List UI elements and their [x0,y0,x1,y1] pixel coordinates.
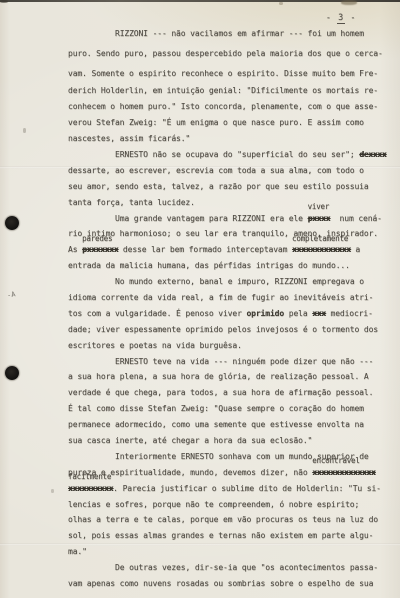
text-line: verou Stefan Zweig: "É um enigma o que n… [68,115,390,131]
text-line: tanta força, tanta lucidez. [68,195,390,211]
text-line: conhecem o homem puro." Isto concorda, p… [68,99,390,115]
text-segment: Uma grande vantagem para RIZZONI era ele [115,214,308,223]
typewriter-correction: pxxxxxxxparedes [82,242,118,258]
text-line: pureza e espiritualidade, mundo, devemos… [68,465,390,481]
text-segment: ma." [68,547,87,556]
text-line: derich Holderlin, em intuição genial: "D… [68,83,390,99]
text-line: As pxxxxxxxparedes desse lar bem formado… [68,242,390,258]
overstruck-text: xxxxxxxxxx [68,484,113,493]
text-segment: tanta força, tanta lucidez. [68,198,195,207]
overstruck-text: pxxxxxxx [82,245,118,254]
text-segment: verdade é que chega, para todos, a sua h… [68,388,373,397]
scan-speck [279,2,283,5]
text-line: dessarte, ao escrever, escrevia com toda… [68,163,390,179]
text-segment: mediocri- [326,309,373,318]
text-line: sol, pois essas almas grandes e ternas n… [68,528,390,544]
overstruck-text: xxx [312,309,326,318]
page-number: - 3 - [326,13,356,23]
text-line: puro. Sendo puro, passou despercebido pe… [68,44,390,64]
text-segment: puro. Sendo puro, passou despercebido pe… [68,49,383,58]
text-line: No mundo externo, banal e impuro, RIZZON… [68,274,390,290]
text-segment: escritores e poetas na vida burguêsa. [68,341,242,350]
page-number-prefix: - [326,13,337,23]
inserted-word-above: facilmente [68,473,111,481]
text-segment: É tal como disse Stefan Zweig: "Quase se… [68,404,364,413]
text-segment: num cená- [330,214,382,223]
typewriter-correction: xxxxxxxxxxfacilmente [68,481,113,497]
text-segment: entrada da malicia humana, das pérfidas … [68,261,350,270]
typewriter-correction: xxxxxxxxxxxxxcompletamente [292,242,351,258]
text-segment: sua casca inerte, até chegar a hora da s… [68,436,312,445]
text-segment: idioma corrente da vida real, a fim de f… [68,293,373,302]
text-segment: No mundo externo, banal e impuro, RIZZON… [115,277,364,286]
text-line: a sua hora plena, a sua hora de glória, … [68,369,390,385]
scan-speck [51,489,54,493]
text-line: ma." [68,544,390,560]
text-segment: . Parecia justificar o sublime dito de H… [113,484,381,493]
text-line: verdade é que chega, para todos, a sua h… [68,385,390,401]
inserted-word-above: paredes [82,235,112,243]
text-segment: dade; viver espessamente oprimido pelos … [68,325,378,334]
text-line: De outras vezes, dir-se-ia que "os acont… [68,560,390,576]
overstruck-text: dexxxx [359,150,386,159]
text-line: vam apenas como nuvens rosadas ou sombri… [68,576,390,592]
text-segment: dessarte, ao escrever, escrevia com toda… [68,166,364,175]
text-segment: As [68,245,82,254]
overstruck-text: xxxxxxxxxxxxxx [312,468,375,477]
scanned-document-page: -A - 3 - RIZZONI --- não vacilamos em af… [0,0,400,598]
text-segment: permanece adormecido, como uma semente q… [68,420,364,429]
text-segment: olhas a terra e te calas, porque em vão … [68,515,378,524]
text-segment: tos com a vulgaridade. É penoso viver [68,309,246,318]
text-line: ERNESTO teve na vida --- ninguém pode di… [68,354,390,370]
overstruck-text: xxxxxxxxxxxxx [292,245,351,254]
text-segment: desse lar bem formado interceptavam [118,245,292,254]
text-segment: De outras vezes, dir-se-ia que "os acont… [115,563,378,572]
text-segment: verou Stefan Zweig: "É um enigma o que n… [68,118,364,127]
text-segment: a sua hora plena, a sua hora de glória, … [68,372,369,381]
text-line: É tal como disse Stefan Zweig: "Quase se… [68,401,390,417]
overstruck-text: pxxxx [308,214,331,223]
inserted-word-above: completamente [292,235,348,243]
text-segment: nascestes, assim ficarás." [68,134,190,143]
text-segment: a [351,245,360,254]
text-line: seu amor, sendo esta, talvez, a razão po… [68,179,390,195]
text-body: RIZZONI --- não vacilamos em afirmar ---… [68,24,390,592]
text-segment: RIZZONI --- não vacilamos em afirmar ---… [115,29,364,38]
text-segment: vam. Somente o espirito reconhece o espi… [68,69,378,78]
typewriter-correction: dexxxx [359,147,386,163]
text-line: vam. Somente o espirito reconhece o espi… [68,64,390,84]
typewriter-correction: xxx [312,306,326,322]
hole-punch [5,366,19,380]
page-number-digit: 3 [337,13,345,24]
text-line: nascestes, assim ficarás." [68,131,390,147]
text-segment: ERNESTO teve na vida --- ninguém pode di… [115,357,373,366]
text-line: entrada da malicia humana, das pérfidas … [68,258,390,274]
text-line: ERNESTO não se ocupava do "superficial d… [68,147,390,163]
text-segment: ERNESTO não se ocupava do "superficial d… [115,150,359,159]
inserted-word-above: viver [308,203,330,211]
text-line: Uma grande vantagem para RIZZONI era ele… [68,211,390,227]
text-segment: pela [284,309,312,318]
text-line: sua casca inerte, até chegar a hora da s… [68,433,390,449]
scan-smudge [341,0,357,5]
scan-speck [0,0,8,3]
text-segment: sol, pois essas almas grandes e ternas n… [68,531,373,540]
scan-top-edge [0,0,400,2]
pencil-mark: -A [6,290,16,300]
inserted-word-above: encontrável [312,457,359,465]
text-segment: vam apenas como nuvens rosadas ou sombri… [68,579,373,588]
page-number-suffix: - [345,13,356,23]
text-segment: seu amor, sendo esta, talvez, a razão po… [68,182,369,191]
typewriter-correction: pxxxxviver [308,211,331,227]
text-segment: derich Holderlin, em intuição genial: "D… [68,86,378,95]
hole-punch [5,216,19,230]
text-line: escritores e poetas na vida burguêsa. [68,338,390,354]
text-line: tos com a vulgaridade. É penoso viver op… [68,306,390,322]
text-line: permanece adormecido, como uma semente q… [68,417,390,433]
text-segment: lencias e sofres, porque não te compreen… [68,500,359,509]
text-line: lencias e sofres, porque não te compreen… [68,497,390,513]
text-segment: conhecem o homem puro." Isto concorda, p… [68,102,378,111]
text-line: dade; viver espessamente oprimido pelos … [68,322,390,338]
typewriter-correction: xxxxxxxxxxxxxxencontrável [312,465,375,481]
text-line: idioma corrente da vida real, a fim de f… [68,290,390,306]
scan-speck [23,128,26,133]
text-line: xxxxxxxxxxfacilmente. Parecia justificar… [68,481,390,497]
text-line: olhas a terra e te calas, porque em vão … [68,512,390,528]
text-segment: oprimido [246,309,284,318]
text-line: RIZZONI --- não vacilamos em afirmar ---… [68,24,390,44]
